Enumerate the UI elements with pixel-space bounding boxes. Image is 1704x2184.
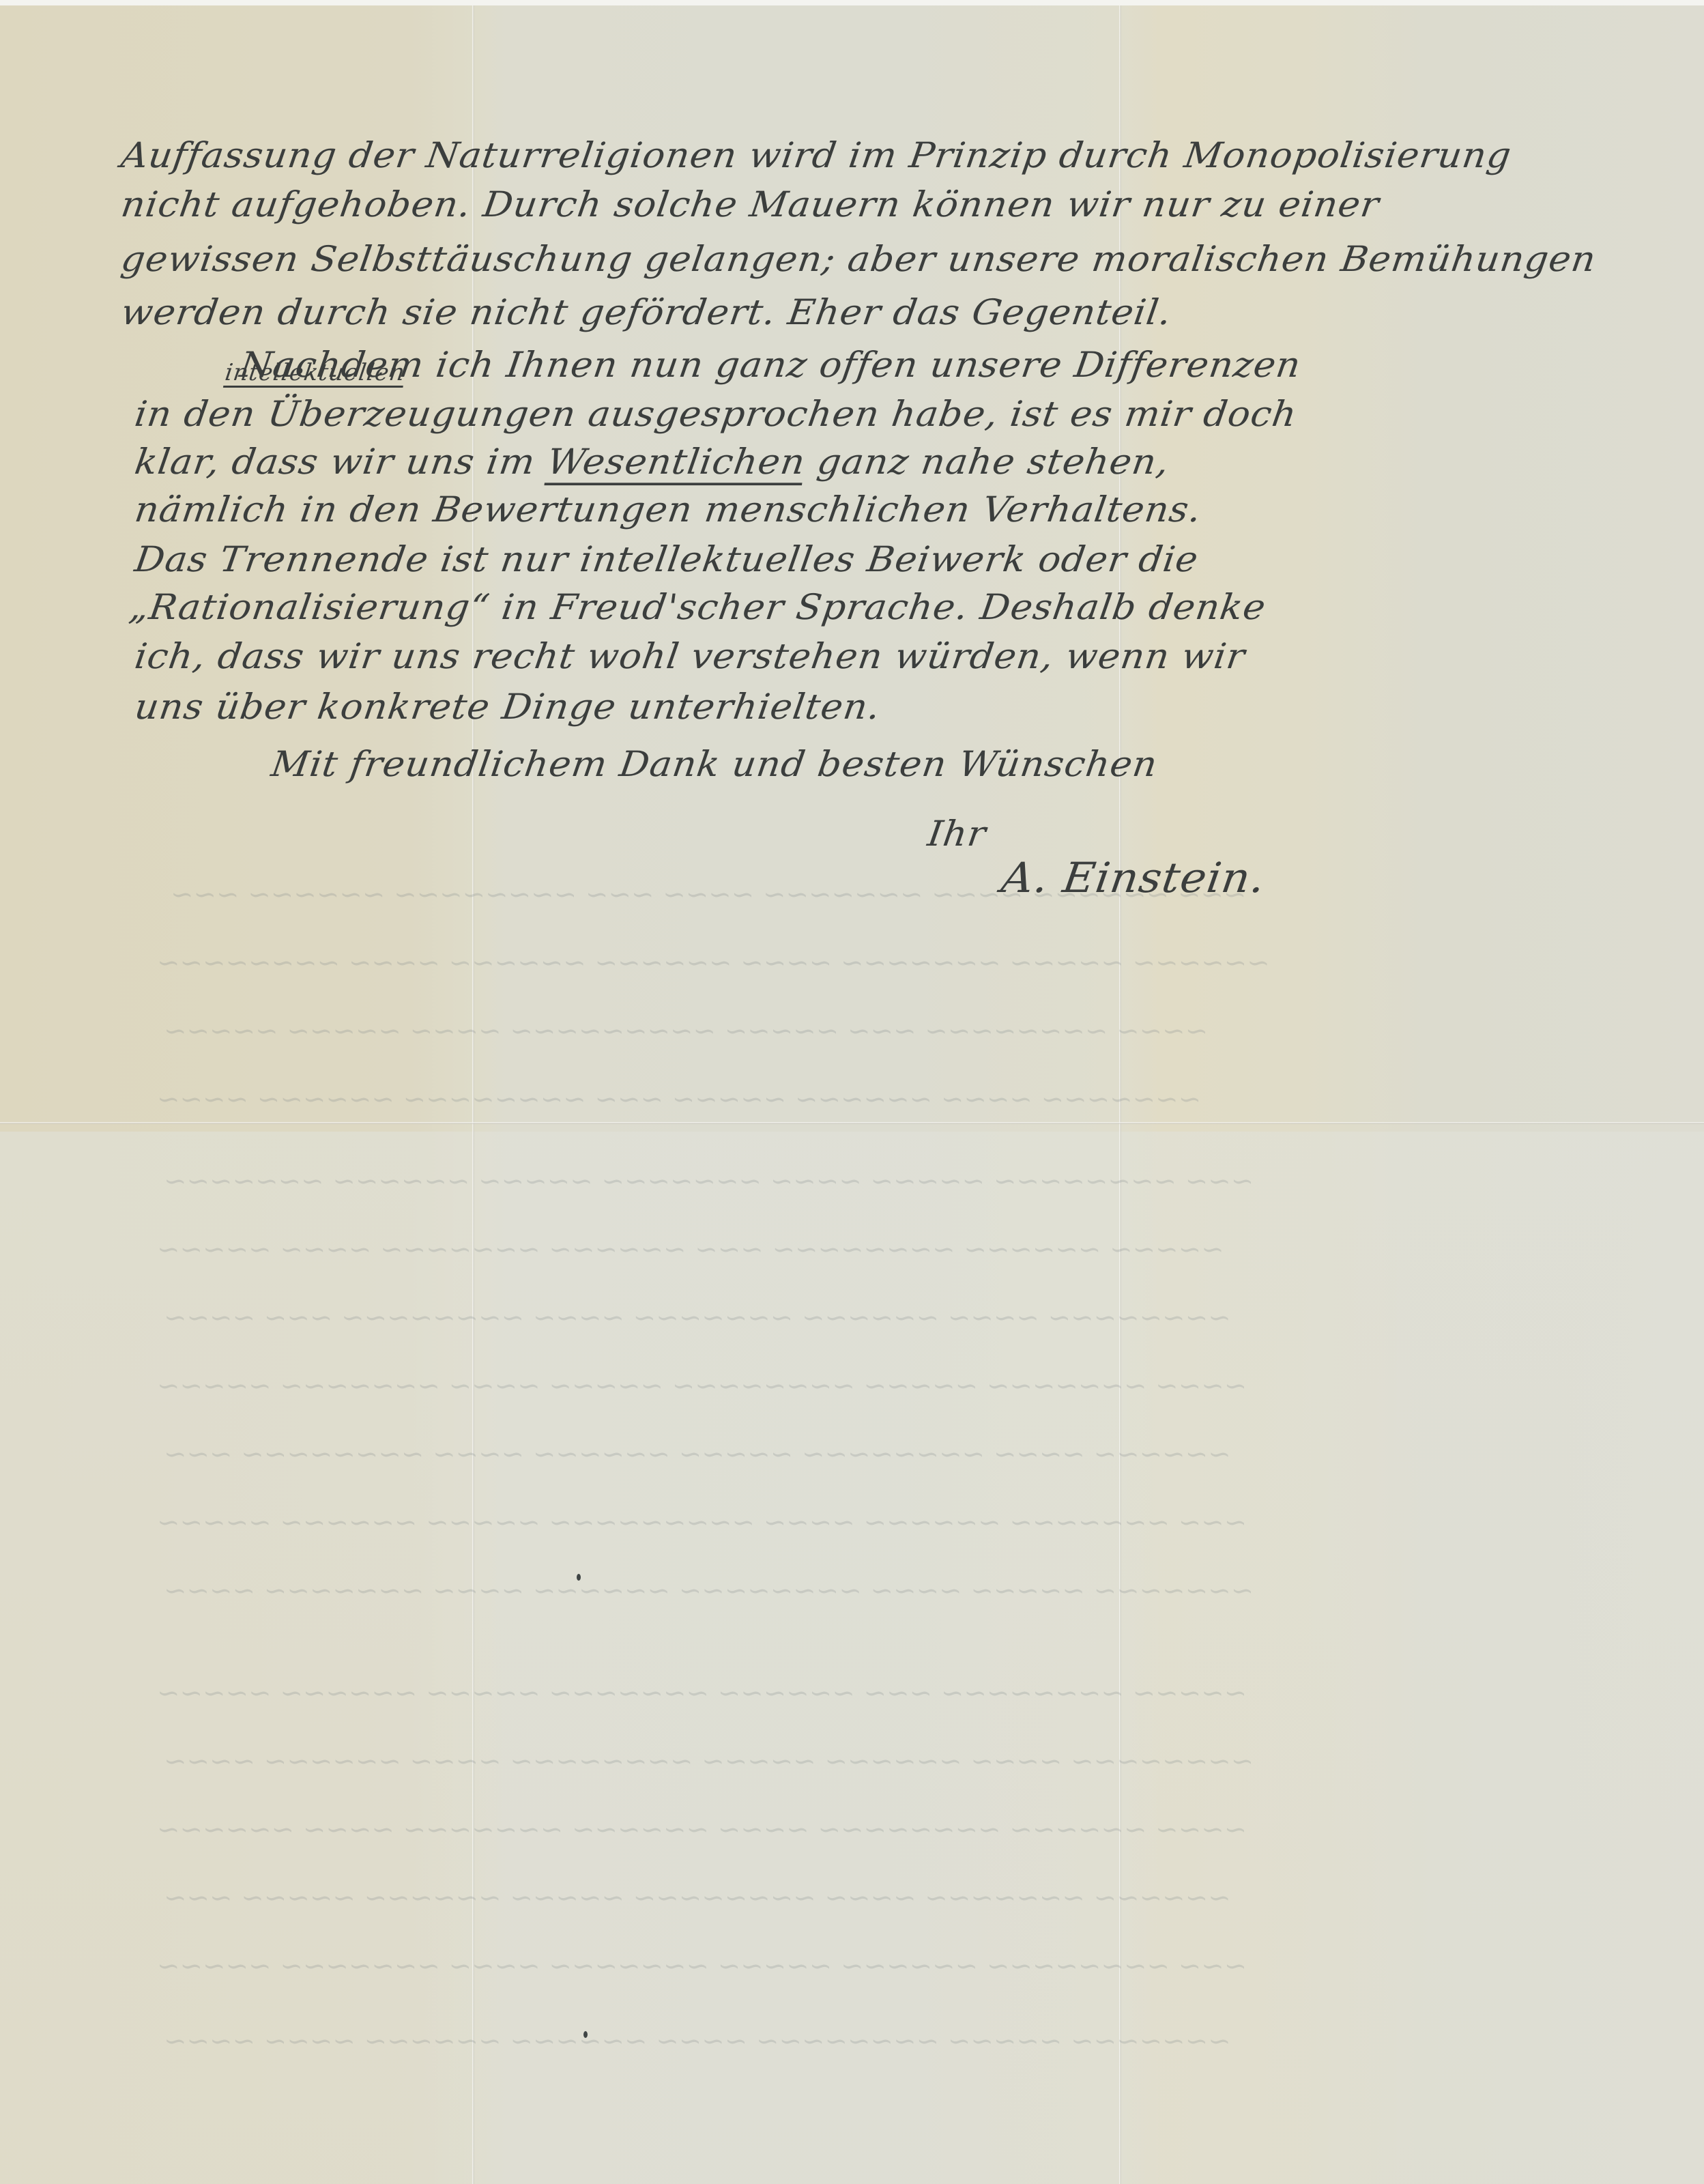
line-7-end: ganz nahe stehen,	[815, 442, 1172, 483]
show-through-texture: ~~~~~~~ ~~~~~ ~~~~~~~~ ~~~~ ~~~~~~ ~~~~~…	[164, 2026, 1231, 2057]
signature: A. Einstein.	[998, 854, 1269, 902]
show-through-texture: ~~~~ ~~~~~~~ ~~~~~ ~~~~~~~~ ~~~~~ ~~~~ ~…	[157, 1370, 1247, 1402]
letter-line-1: Auffassung der Naturreligionen wird im P…	[119, 135, 1514, 176]
show-through-texture: ~~~ ~~~~~~~~ ~~~~~ ~~~~ ~~~~~~~ ~~~~~ ~~…	[164, 1166, 1254, 1197]
letter-line-8: nämlich in den Bewertungen menschlichen …	[132, 489, 1204, 530]
show-through-texture: ~~~ ~~~~~~~~ ~~~~~~ ~~~~~ ~~~~~~~ ~~~~ ~…	[157, 1951, 1247, 1982]
closing: Mit freundlichem Dank und besten Wünsche…	[269, 744, 1160, 785]
show-through-texture: ~~~~ ~~~~~~~~ ~~~ ~~~~~ ~~~~~~~~~ ~~~~ ~…	[164, 1016, 1208, 1047]
line-7-start: klar, dass wir uns im	[132, 442, 538, 483]
letter-sheet: ~~~ ~~~~~~ ~~~~ ~~~~~~~ ~~~~ ~~~ ~~~~~~~…	[0, 5, 1704, 2184]
show-through-texture: ~~~~~~ ~~~~~~~ ~~~~ ~~~~~~~~ ~~~~~ ~~~~~…	[164, 1882, 1231, 1914]
letter-line-4: werden durch sie nicht gefördert. Eher d…	[119, 292, 1174, 333]
show-through-texture: ~~~~~~~ ~~~~~ ~~~~ ~~~~~~~~ ~~~~~~ ~~~~ …	[164, 1575, 1254, 1607]
letter-line-3: gewissen Selbsttäuschung gelangen; aber …	[119, 239, 1599, 280]
show-through-texture: ~~~~ ~~~~~~ ~~~~~~~~ ~~~~ ~~~~~~ ~~~~~~~…	[157, 1814, 1247, 1845]
letter-line-2: nicht aufgehoben. Durch solche Mauern kö…	[119, 184, 1382, 225]
show-through-texture: ~~~~~~~~ ~~~~ ~~~~~~ ~~~~~~~ ~~~~ ~~~~~~…	[164, 1302, 1231, 1334]
ink-speck	[577, 1574, 581, 1581]
letter-line-5: Nachdem ich Ihnen nun ganz offen unsere …	[237, 345, 1303, 386]
show-through-texture: ~~~~~ ~~~~~~~~ ~~~ ~~~~~~ ~~~~~~~ ~~~~~ …	[157, 1678, 1247, 1709]
letter-line-7: klar, dass wir uns im Wesentlichen ganz …	[132, 442, 1172, 483]
show-through-texture: ~~~~~~~ ~~~~ ~~~~~~ ~~~~~ ~~~ ~~~~~~~~ ~…	[157, 1084, 1201, 1115]
letter-line-9: Das Trennende ist nur intellektuelles Be…	[132, 539, 1201, 580]
salutation: Ihr	[925, 814, 989, 854]
show-through-texture: ~~~~~~ ~~~~ ~~~~~~~~ ~~~~~ ~~~~~~ ~~~~ ~…	[164, 1439, 1231, 1470]
ink-speck	[583, 2031, 588, 2038]
paper-tint	[0, 1132, 1704, 2184]
show-through-texture: ~~~~~~~~ ~~~~ ~~~~~~ ~~~~~ ~~~~~~~~ ~~~~…	[164, 1746, 1254, 1777]
letter-line-6: in den Überzeugungen ausgesprochen habe,…	[132, 394, 1300, 435]
show-through-texture: ~~~~~ ~~~~~~ ~~~~~~~~ ~~~ ~~~~~~ ~~~~~~~…	[157, 1234, 1224, 1265]
fold-line-horizontal	[0, 1122, 1704, 1124]
letter-line-11: ich, dass wir uns recht wohl verstehen w…	[132, 636, 1248, 677]
show-through-texture: ~~~~~~ ~~~~~ ~~~~~~~ ~~~~ ~~~~~~ ~~~~~~ …	[157, 947, 1270, 979]
show-through-texture: ~~~ ~~~~~~~ ~~~~~~ ~~~~ ~~~~~~~~~ ~~~~~ …	[157, 1507, 1247, 1538]
letter-line-12: uns über konkrete Dinge unterhielten.	[132, 687, 883, 728]
underlined-word: Wesentlichen	[545, 442, 808, 483]
letter-line-10: „Rationalisierung“ in Freud'scher Sprach…	[127, 587, 1269, 628]
